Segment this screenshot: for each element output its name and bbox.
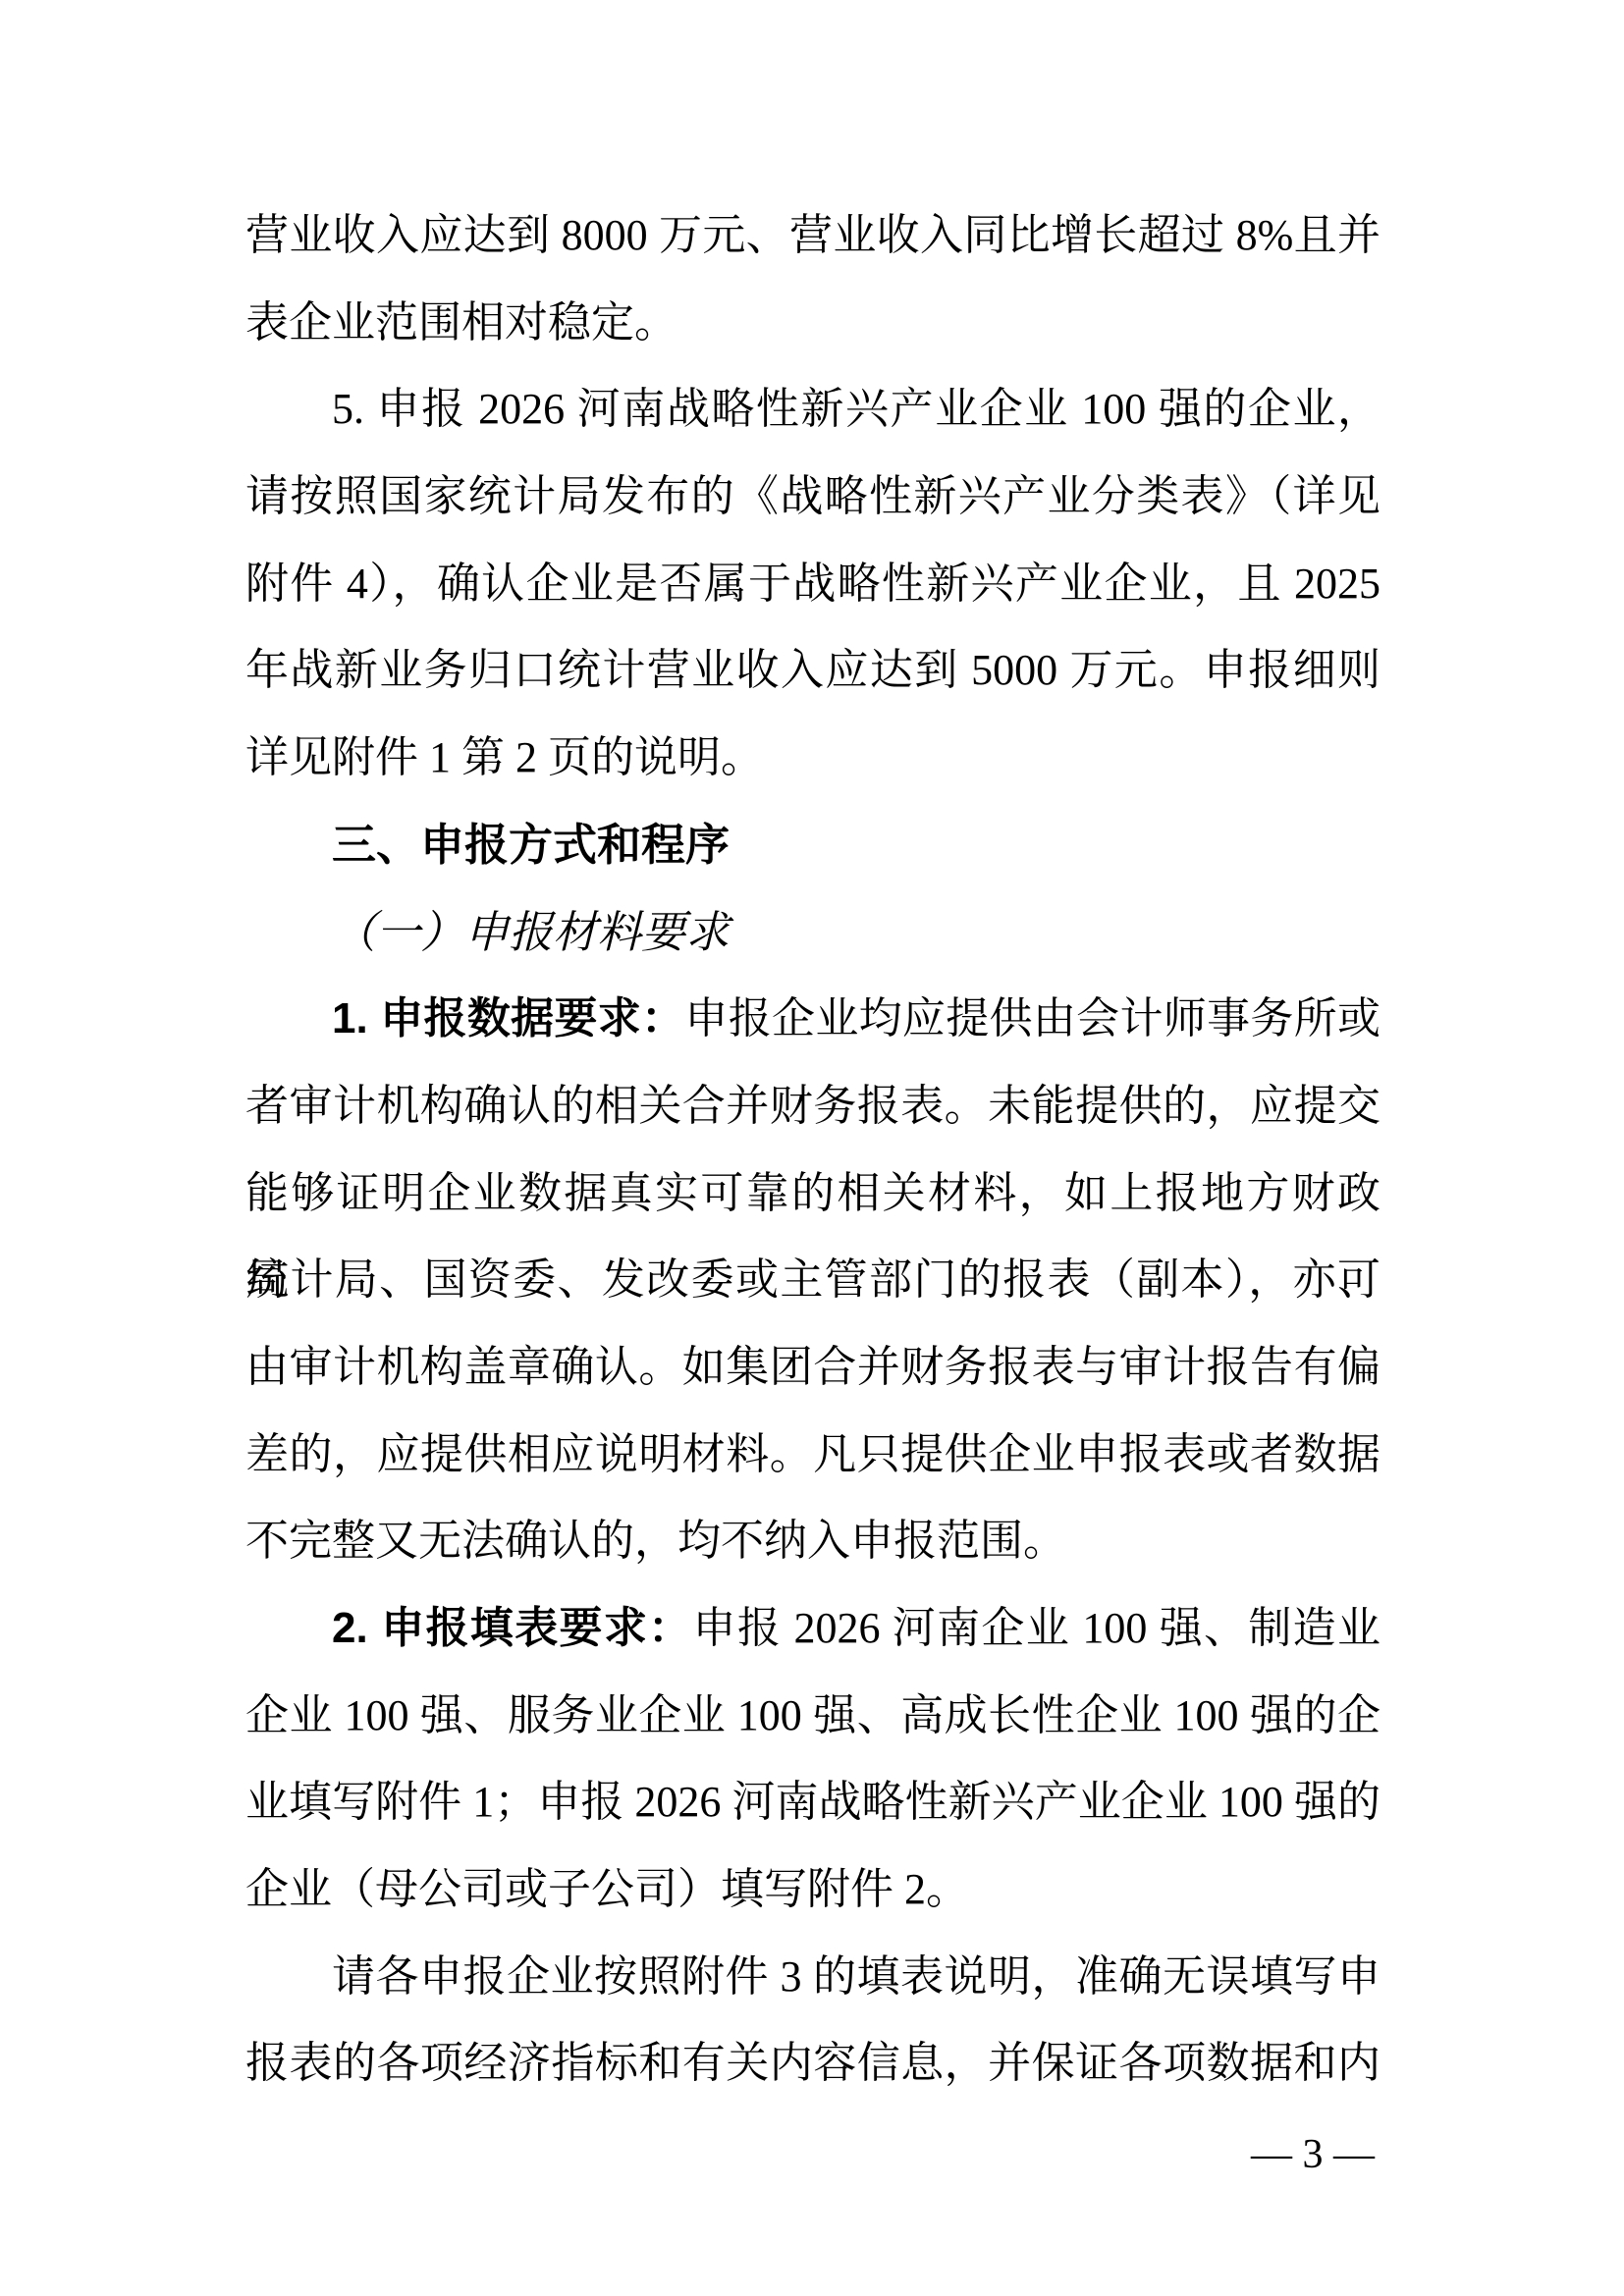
body-text-line: 企业 100 强、服务业企业 100 强、高成长性企业 100 强的企	[245, 1673, 1380, 1760]
document-body: 营业收入应达到 8000 万元、营业收入同比增长超过 8%且并表企业范围相对稳定…	[245, 192, 1380, 2108]
body-text-line: 详见附件 1 第 2 页的说明。	[245, 715, 1380, 802]
line-text: 详见附件 1 第 2 页的说明。	[245, 733, 764, 781]
line-text: （一）申报材料要求	[332, 908, 730, 957]
line-text: 附件 4），确认企业是否属于战略性新兴产业企业，且 2025	[245, 560, 1380, 608]
bold-lead-in: 2. 申报填表要求：	[332, 1604, 693, 1652]
line-text: 报表的各项经济指标和有关内容信息，并保证各项数据和内	[245, 2039, 1380, 2087]
body-text-line: 请各申报企业按照附件 3 的填表说明，准确无误填写申	[245, 1934, 1380, 2021]
line-text: 企业 100 强、服务业企业 100 强、高成长性企业 100 强的企	[245, 1691, 1380, 1739]
body-text-line: 能够证明企业数据真实可靠的相关材料，如上报地方财政局、	[245, 1150, 1380, 1238]
line-text: 年战新业务归口统计营业收入应达到 5000 万元。申报细则	[245, 646, 1380, 694]
body-text-line: 业填写附件 1；申报 2026 河南战略性新兴产业企业 100 强的	[245, 1759, 1380, 1846]
body-text-line: 年战新业务归口统计营业收入应达到 5000 万元。申报细则	[245, 627, 1380, 715]
body-text-line: 2. 申报填表要求：申报 2026 河南企业 100 强、制造业	[245, 1585, 1380, 1673]
body-text-line: 企业（母公司或子公司）填写附件 2。	[245, 1846, 1380, 1934]
body-text-line: 由审计机构盖章确认。如集团合并财务报表与审计报告有偏	[245, 1324, 1380, 1412]
body-text-line: 差的，应提供相应说明材料。凡只提供企业申报表或者数据	[245, 1412, 1380, 1499]
subsection-heading: （一）申报材料要求	[245, 889, 1380, 977]
page-footer: — 3 —	[1251, 2120, 1375, 2189]
line-text: 表企业范围相对稳定。	[245, 298, 677, 347]
line-text: 统计局、国资委、发改委或主管部门的报表（副本），亦可	[245, 1255, 1380, 1304]
body-text-line: 报表的各项经济指标和有关内容信息，并保证各项数据和内	[245, 2020, 1380, 2108]
line-text: 差的，应提供相应说明材料。凡只提供企业申报表或者数据	[245, 1430, 1380, 1478]
line-text: 5. 申报 2026 河南战略性新兴产业企业 100 强的企业，	[332, 385, 1380, 433]
body-text-line: 5. 申报 2026 河南战略性新兴产业企业 100 强的企业，	[245, 366, 1380, 454]
section-heading: 三、申报方式和程序	[245, 802, 1380, 889]
body-text-line: 表企业范围相对稳定。	[245, 280, 1380, 367]
body-text-line: 请按照国家统计局发布的《战略性新兴产业分类表》（详见	[245, 454, 1380, 541]
body-text-line: 者审计机构确认的相关合并财务报表。未能提供的，应提交	[245, 1063, 1380, 1150]
body-text-line: 不完整又无法确认的，均不纳入申报范围。	[245, 1498, 1380, 1585]
body-text-line: 营业收入应达到 8000 万元、营业收入同比增长超过 8%且并	[245, 192, 1380, 280]
page-number: — 3 —	[1251, 2132, 1375, 2177]
line-text: 由审计机构盖章确认。如集团合并财务报表与审计报告有偏	[245, 1343, 1380, 1391]
bold-lead-in: 1. 申报数据要求：	[332, 994, 684, 1042]
body-text-line: 1. 申报数据要求：申报企业均应提供由会计师事务所或	[245, 976, 1380, 1063]
line-text: 请各申报企业按照附件 3 的填表说明，准确无误填写申	[332, 1952, 1380, 2001]
line-text: 请按照国家统计局发布的《战略性新兴产业分类表》（详见	[245, 472, 1380, 520]
line-text: 申报企业均应提供由会计师事务所或	[684, 994, 1380, 1042]
line-text: 企业（母公司或子公司）填写附件 2。	[245, 1865, 969, 1913]
line-text: 不完整又无法确认的，均不纳入申报范围。	[245, 1517, 1066, 1565]
line-text: 三、申报方式和程序	[332, 820, 730, 870]
body-text-line: 附件 4），确认企业是否属于战略性新兴产业企业，且 2025	[245, 541, 1380, 628]
line-text: 业填写附件 1；申报 2026 河南战略性新兴产业企业 100 强的	[245, 1778, 1380, 1826]
body-text-line: 统计局、国资委、发改委或主管部门的报表（副本），亦可	[245, 1237, 1380, 1324]
line-text: 营业收入应达到 8000 万元、营业收入同比增长超过 8%且并	[245, 211, 1380, 259]
line-text: 者审计机构确认的相关合并财务报表。未能提供的，应提交	[245, 1082, 1380, 1130]
line-text: 申报 2026 河南企业 100 强、制造业	[693, 1604, 1381, 1652]
document-page: 营业收入应达到 8000 万元、营业收入同比增长超过 8%且并表企业范围相对稳定…	[0, 0, 1624, 2296]
